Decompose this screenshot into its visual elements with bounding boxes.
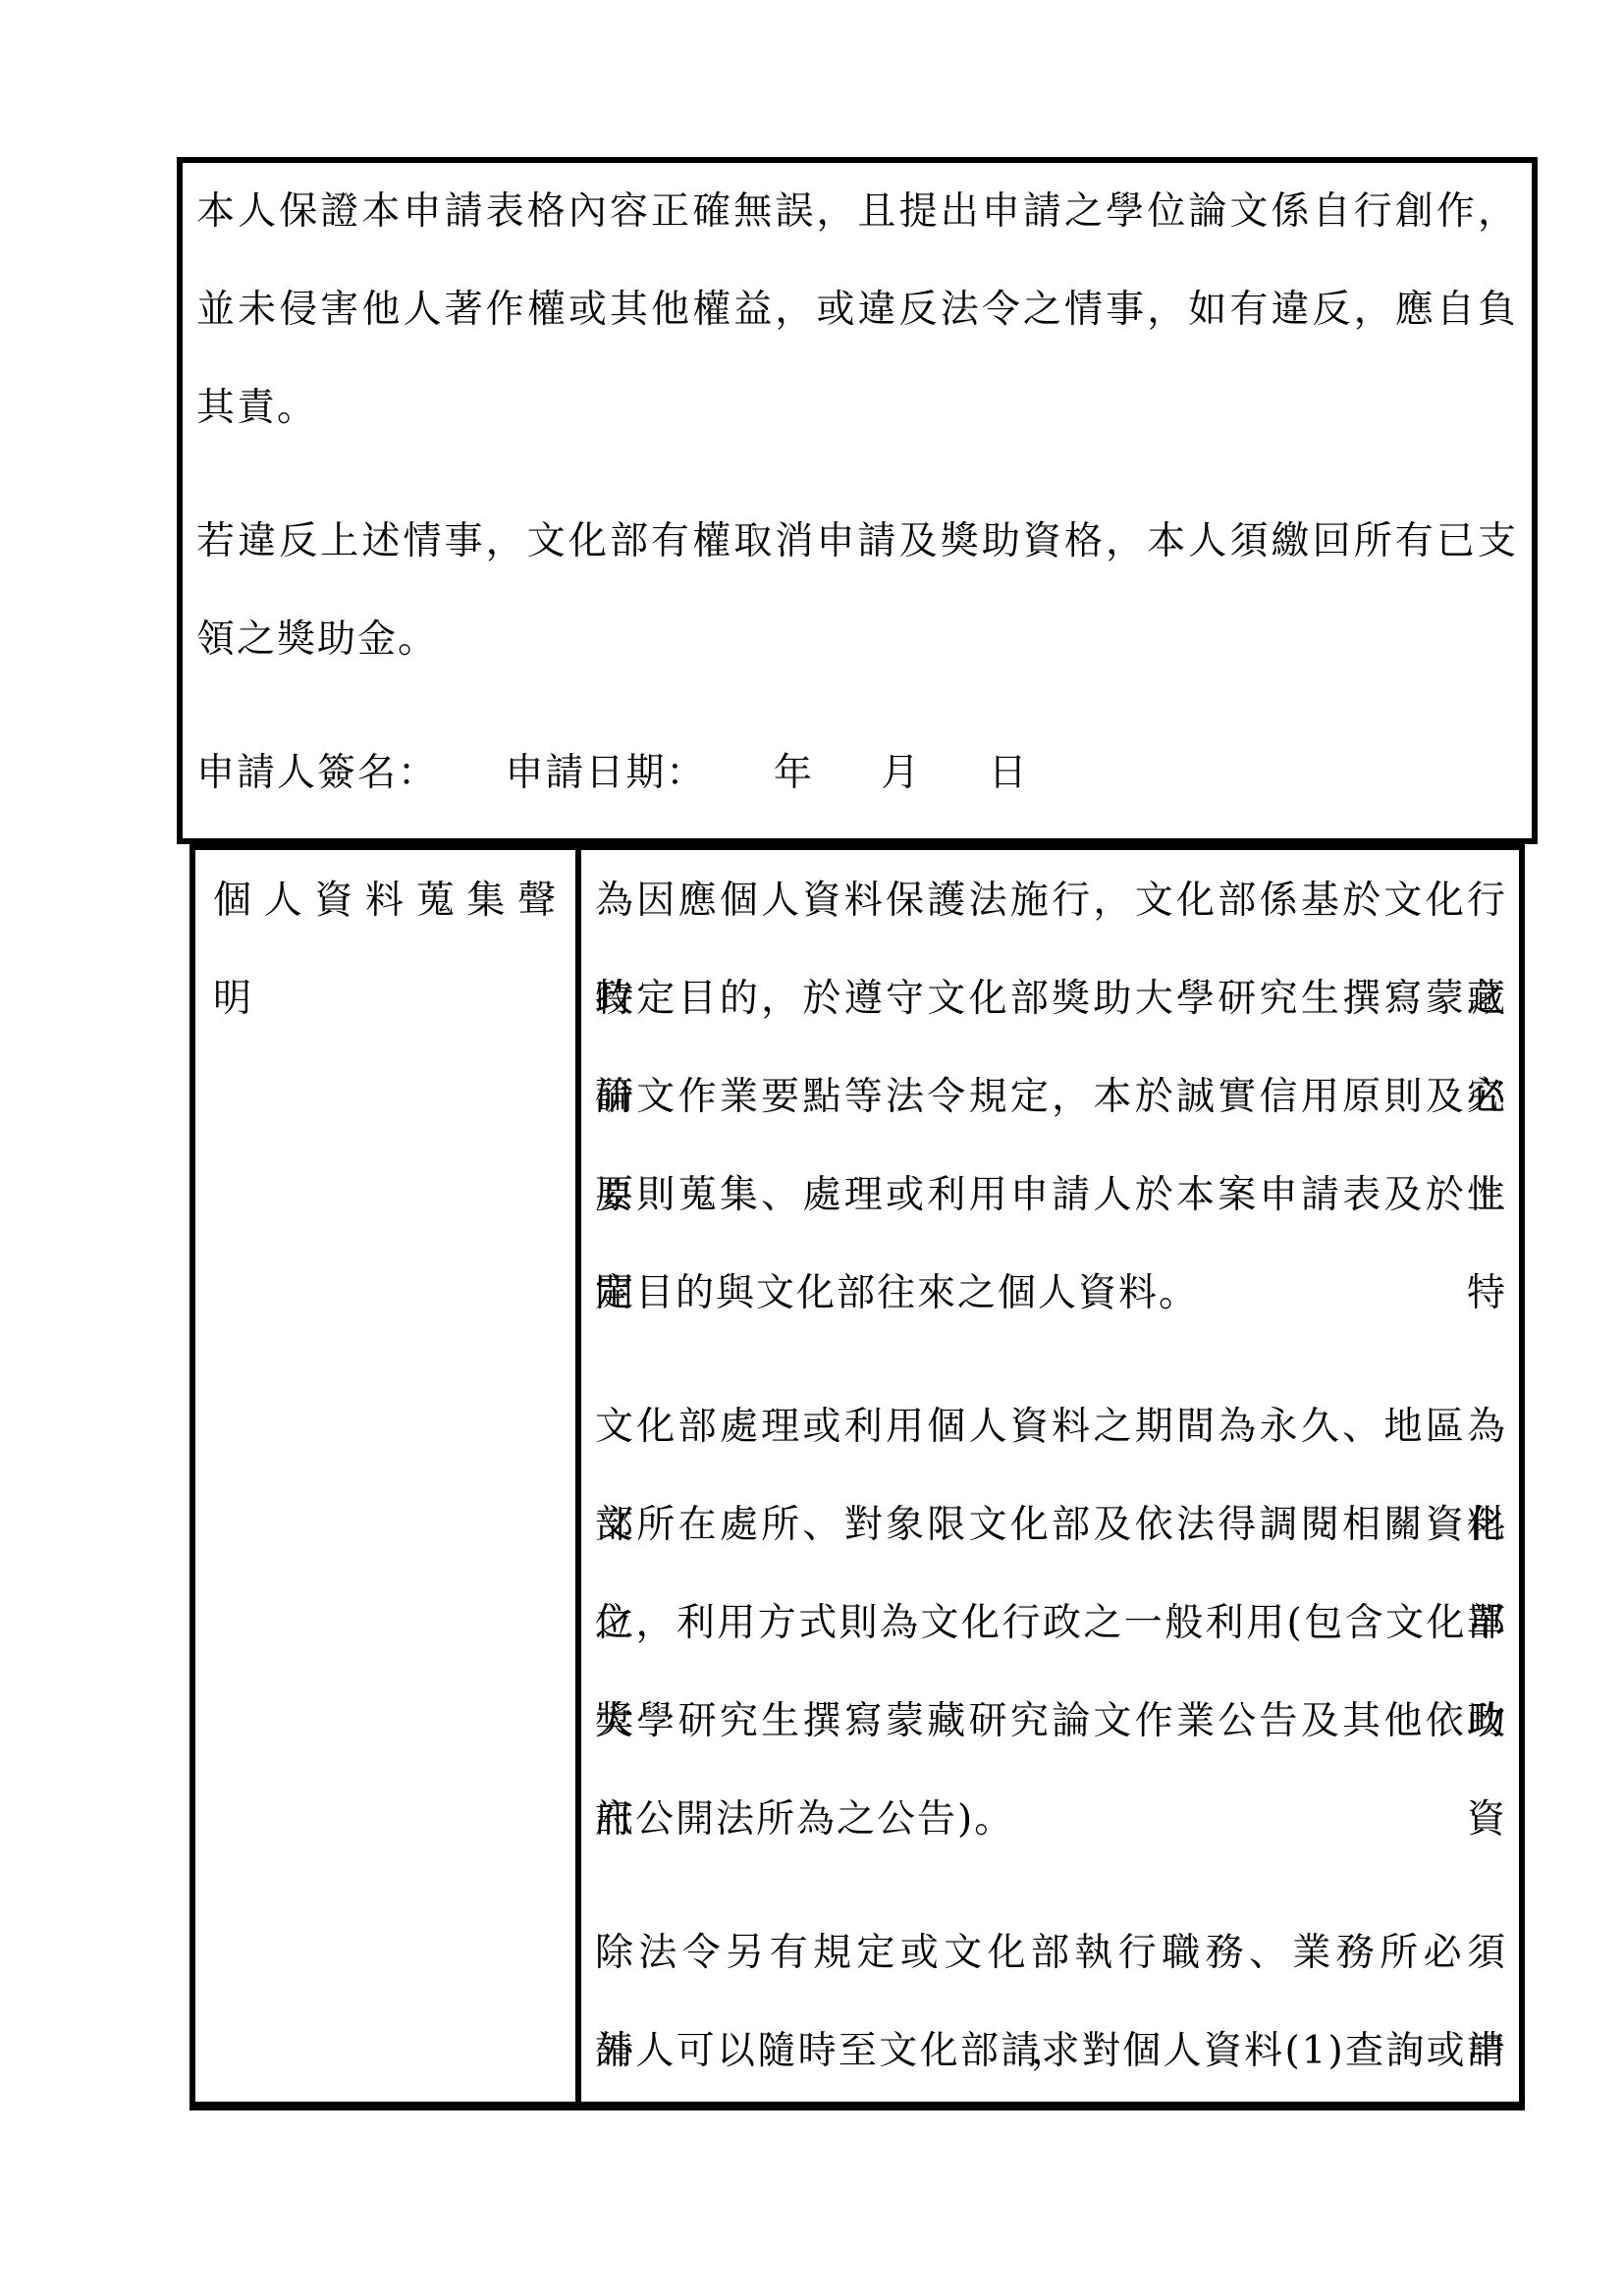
application-date-label: 申請日期： [505, 751, 706, 795]
year-label: 年 [774, 751, 814, 795]
privacy-label-line: 個人資料蒐集聲 [213, 852, 558, 950]
privacy-table: 個人資料蒐集聲 明 為因應個人資料保護法施行，文化部係基於文化行政之 特定目的，… [189, 844, 1525, 2110]
declaration-box: 本人保證本申請表格內容正確無誤，且提出申請之學位論文係自行創作， 並未侵害他人著… [177, 157, 1538, 844]
declaration-line: 其責。 [196, 359, 1518, 457]
privacy-line: 文化部處理或利用個人資料之期間為永久、地區為文化 [595, 1378, 1507, 1476]
privacy-content-cell: 為因應個人資料保護法施行，文化部係基於文化行政之 特定目的，於遵守文化部獎助大學… [581, 850, 1519, 2102]
declaration-line: 若違反上述情事，文化部有權取消申請及獎助資格，本人須繳回所有已支 [196, 493, 1518, 591]
privacy-line: 為因應個人資料保護法施行，文化部係基於文化行政之 [595, 852, 1507, 950]
day-label: 日 [989, 751, 1029, 795]
privacy-line: 部所在處所、對象限文化部及依法得調閱相關資料之單 [595, 1476, 1507, 1575]
month-label: 月 [881, 751, 921, 795]
declaration-paragraph-1: 本人保證本申請表格內容正確無誤，且提出申請之學位論文係自行創作， 並未侵害他人著… [196, 163, 1518, 457]
privacy-line: 論文作業要點等法令規定，本於誠實信用原則及必要性 [595, 1048, 1507, 1147]
privacy-paragraph-3: 除法令另有規定或文化部執行職務、業務所必須外，申 請人可以隨時至文化部請求對個人… [595, 1904, 1507, 2101]
declaration-line: 本人保證本申請表格內容正確無誤，且提出申請之學位論文係自行創作， [196, 163, 1518, 261]
privacy-line: 位，利用方式則為文化行政之一般利用(包含文化部獎助 [595, 1575, 1507, 1673]
document-page: 本人保證本申請表格內容正確無誤，且提出申請之學位論文係自行創作， 並未侵害他人著… [0, 0, 1624, 2296]
privacy-paragraph-2: 文化部處理或利用個人資料之期間為永久、地區為文化 部所在處所、對象限文化部及依法… [595, 1378, 1507, 1869]
applicant-signature-label: 申請人簽名： [196, 751, 438, 795]
privacy-line: 大學研究生撰寫蒙藏研究論文作業公告及其他依政府資 [595, 1673, 1507, 1771]
declaration-line: 領之獎助金。 [196, 591, 1518, 689]
privacy-line: 特定目的，於遵守文化部獎助大學研究生撰寫蒙藏研究 [595, 950, 1507, 1048]
privacy-label-line: 明 [213, 950, 558, 1048]
privacy-line: 原則蒐集、處理或利用申請人於本案申請表及於上開特 [595, 1147, 1507, 1245]
signature-row: 申請人簽名： 申請日期： 年 月 日 [196, 724, 1518, 823]
declaration-line: 並未侵害他人著作權或其他權益，或違反法令之情事，如有違反，應自負 [196, 261, 1518, 359]
declaration-paragraph-2: 若違反上述情事，文化部有權取消申請及獎助資格，本人須繳回所有已支 領之獎助金。 [196, 493, 1518, 689]
privacy-paragraph-1: 為因應個人資料保護法施行，文化部係基於文化行政之 特定目的，於遵守文化部獎助大學… [595, 852, 1507, 1343]
privacy-line: 除法令另有規定或文化部執行職務、業務所必須外，申 [595, 1904, 1507, 2002]
privacy-label-cell: 個人資料蒐集聲 明 [195, 850, 581, 2102]
privacy-line: 請人可以隨時至文化部請求對個人資料(1)查詢或請求閱 [595, 2002, 1507, 2101]
